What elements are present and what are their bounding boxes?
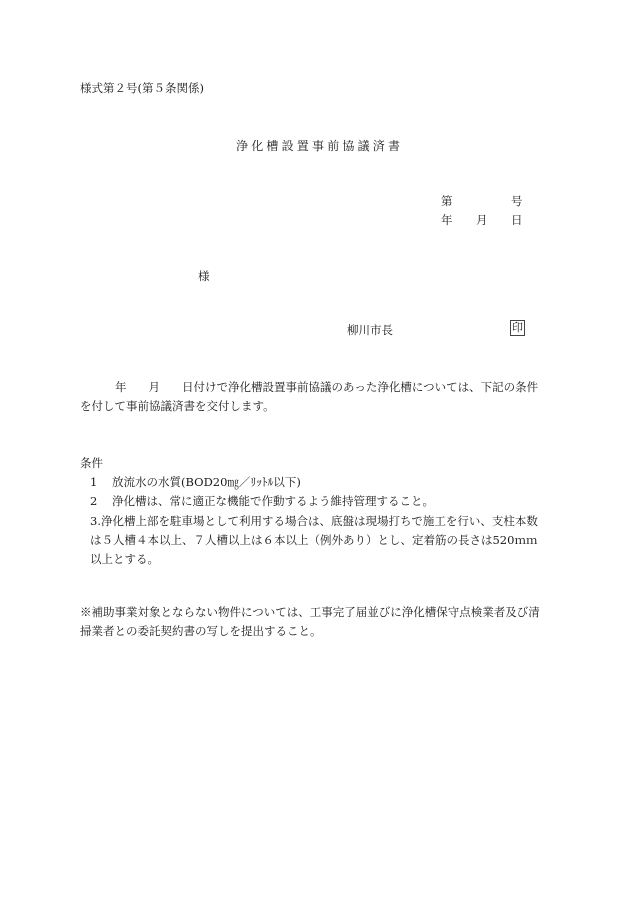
condition-number: 2 [90,494,112,508]
condition-item: 2浄化槽は、常に適正な機能で作動するよう維持管理すること。 [90,493,434,509]
condition-number: 3. [90,514,101,528]
body-paragraph: 年月日付けで浄化槽設置事前協議のあった浄化槽については、下記の条件を付して事前協… [80,378,540,416]
condition-text: 浄化槽は、常に適正な機能で作動するよう維持管理すること。 [112,494,434,508]
addressee-suffix: 様 [198,268,210,284]
date-month: 月 [476,212,488,228]
date-year: 年 [441,212,453,228]
form-number: 様式第２号(第５条関係) [80,80,204,96]
condition-item: 1放流水の水質(BOD20㎎／ﾘｯﾄﾙ以下) [90,474,301,490]
issuer-name: 柳川市長 [347,322,393,338]
number-prefix: 第 [441,193,453,209]
footnote: ※補助事業対象とならない物件については、工事完了届並びに浄化槽保守点検業者及び清… [80,603,540,641]
body-month: 月 [149,380,161,394]
condition-item: 3.浄化槽上部を駐車場として利用する場合は、底盤は現場打ちで施工を行い、支柱本数… [90,512,542,569]
seal-stamp: 印 [510,320,525,336]
condition-text: 浄化槽上部を駐車場として利用する場合は、底盤は現場打ちで施工を行い、支柱本数は５… [90,514,538,566]
document-title: 浄化槽設置事前協議済書 [236,137,403,154]
conditions-heading: 条件 [80,455,103,471]
date-day: 日 [511,212,523,228]
condition-text: 放流水の水質(BOD20㎎／ﾘｯﾄﾙ以下) [112,475,301,489]
condition-number: 1 [90,475,112,489]
body-year: 年 [115,380,127,394]
number-suffix: 号 [511,193,523,209]
